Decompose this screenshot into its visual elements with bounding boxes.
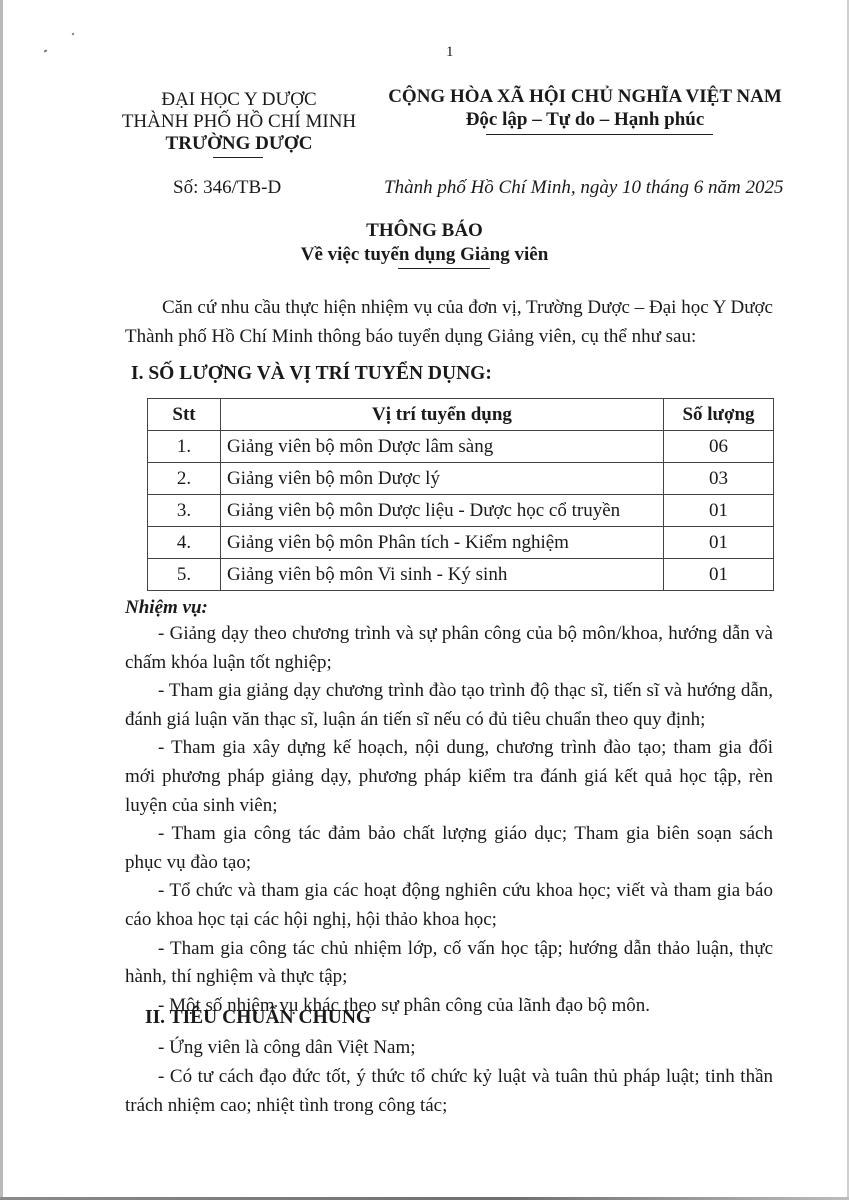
motto: Độc lập – Tự do – Hạnh phúc	[370, 108, 800, 131]
table-row: 5.Giảng viên bộ môn Vi sinh - Ký sinh01	[148, 559, 774, 591]
duty-item: - Tham gia công tác chủ nhiệm lớp, cố vấ…	[125, 935, 773, 992]
scan-speck	[72, 33, 75, 36]
document-number: Số: 346/TB-D	[173, 177, 281, 199]
scan-speck	[44, 49, 48, 52]
table-row: 4.Giảng viên bộ môn Phân tích - Kiểm ngh…	[148, 527, 774, 559]
duty-item: - Tham gia giảng dạy chương trình đào tạ…	[125, 677, 773, 734]
table-header-row: Stt Vị trí tuyển dụng Số lượng	[148, 399, 774, 431]
criteria-item: - Ứng viên là công dân Việt Nam;	[125, 1033, 773, 1062]
scan-edge-left	[0, 0, 3, 1200]
duty-item: - Tổ chức và tham gia các hoạt động nghi…	[125, 877, 773, 934]
cell-stt: 5.	[148, 559, 221, 591]
cell-quantity: 01	[664, 559, 774, 591]
cell-stt: 3.	[148, 495, 221, 527]
criteria-list: - Ứng viên là công dân Việt Nam;- Có tư …	[125, 1033, 773, 1120]
criteria-item: - Có tư cách đạo đức tốt, ý thức tổ chức…	[125, 1062, 773, 1120]
table-row: 3.Giảng viên bộ môn Dược liệu - Dược học…	[148, 495, 774, 527]
cell-quantity: 03	[664, 463, 774, 495]
org-line-city: THÀNH PHỐ HỒ CHÍ MINH	[108, 111, 370, 133]
org-line-university: ĐẠI HỌC Y DƯỢC	[108, 89, 370, 111]
cell-stt: 2.	[148, 463, 221, 495]
intro-paragraph: Căn cứ nhu cầu thực hiện nhiệm vụ của đơ…	[125, 293, 773, 351]
header-stt: Stt	[148, 399, 221, 431]
section-2-heading: II. TIÊU CHUẨN CHUNG	[145, 1007, 371, 1029]
cell-position: Giảng viên bộ môn Dược lý	[221, 463, 664, 495]
positions-table: Stt Vị trí tuyển dụng Số lượng 1.Giảng v…	[147, 398, 774, 591]
page-number: 1	[446, 44, 454, 61]
duty-item: - Tham gia công tác đảm bảo chất lượng g…	[125, 820, 773, 877]
duties-label: Nhiệm vụ:	[125, 597, 208, 619]
table-row: 1.Giảng viên bộ môn Dược lâm sàng06	[148, 431, 774, 463]
motto-underline	[486, 134, 713, 135]
cell-position: Giảng viên bộ môn Vi sinh - Ký sinh	[221, 559, 664, 591]
section-1-heading: I. SỐ LƯỢNG VÀ VỊ TRÍ TUYỂN DỤNG:	[131, 363, 492, 385]
table-row: 2.Giảng viên bộ môn Dược lý03	[148, 463, 774, 495]
duty-item: - Giảng dạy theo chương trình và sự phân…	[125, 620, 773, 677]
cell-position: Giảng viên bộ môn Dược liệu - Dược học c…	[221, 495, 664, 527]
cell-quantity: 01	[664, 527, 774, 559]
notice-title: THÔNG BÁO	[0, 220, 849, 242]
header-quantity: Số lượng	[664, 399, 774, 431]
cell-position: Giảng viên bộ môn Dược lâm sàng	[221, 431, 664, 463]
cell-quantity: 06	[664, 431, 774, 463]
org-line-school: TRƯỜNG DƯỢC	[108, 133, 370, 155]
issuing-organization: ĐẠI HỌC Y DƯỢC THÀNH PHỐ HỒ CHÍ MINH TRƯ…	[108, 89, 370, 155]
cell-stt: 1.	[148, 431, 221, 463]
duties-list: - Giảng dạy theo chương trình và sự phân…	[125, 620, 773, 1020]
national-motto: CỘNG HÒA XÃ HỘI CHỦ NGHĨA VIỆT NAM Độc l…	[370, 85, 800, 131]
country-name: CỘNG HÒA XÃ HỘI CHỦ NGHĨA VIỆT NAM	[370, 85, 800, 108]
header-position: Vị trí tuyển dụng	[221, 399, 664, 431]
cell-position: Giảng viên bộ môn Phân tích - Kiểm nghiệ…	[221, 527, 664, 559]
cell-stt: 4.	[148, 527, 221, 559]
subtitle-underline	[398, 268, 490, 269]
duty-item: - Tham gia xây dựng kế hoạch, nội dung, …	[125, 734, 773, 820]
cell-quantity: 01	[664, 495, 774, 527]
notice-subtitle: Về việc tuyển dụng Giảng viên	[0, 244, 849, 266]
place-and-date: Thành phố Hồ Chí Minh, ngày 10 tháng 6 n…	[384, 177, 784, 199]
org-underline	[213, 157, 263, 158]
